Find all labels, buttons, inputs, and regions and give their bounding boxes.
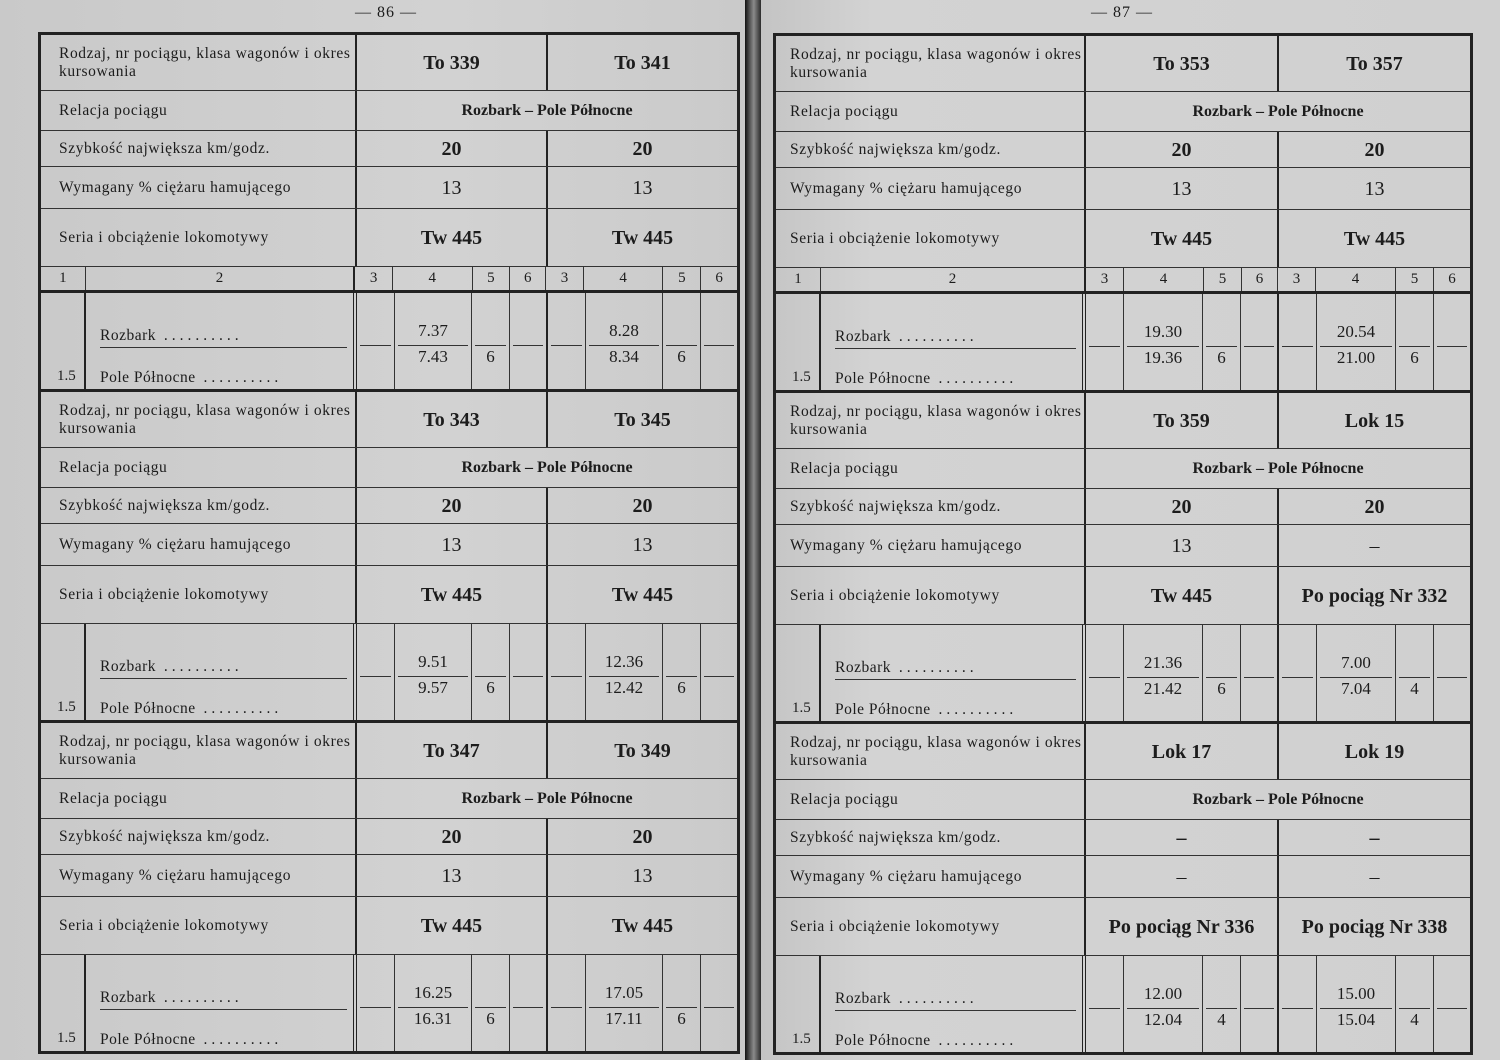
locomotive-row: Seria i obciążenie lokomotywyTw 445Tw 44… bbox=[776, 210, 1470, 268]
arrival-time: 17.05 bbox=[586, 983, 662, 1003]
distance-km: 1.5 bbox=[57, 368, 76, 385]
train-number-value: Lok 19 bbox=[1279, 724, 1470, 779]
column-number: 3 bbox=[1278, 268, 1316, 291]
train-number-values: To 339To 341 bbox=[357, 35, 737, 90]
book-spread: — 86 — Rodzaj, nr pociągu, klasa wagonów… bbox=[0, 0, 1500, 1060]
column-numbers-row: 1234563456 bbox=[41, 267, 737, 293]
train-number-values: To 347To 349 bbox=[357, 723, 737, 778]
column-number: 4 bbox=[393, 267, 473, 290]
locomotive-label: Seria i obciążenie lokomotywy bbox=[41, 566, 357, 623]
locomotive-label: Seria i obciążenie lokomotywy bbox=[776, 898, 1086, 955]
distance-cell: 1.5 bbox=[776, 625, 821, 721]
column-number: 5 bbox=[663, 267, 701, 290]
column-number: 6 bbox=[701, 267, 737, 290]
arrival-time: 16.25 bbox=[395, 983, 471, 1003]
leader-dots: .......... bbox=[891, 659, 978, 676]
locomotive-value: Tw 445 bbox=[357, 566, 548, 623]
col5-value: 6 bbox=[663, 1009, 700, 1029]
locomotive-value: Tw 445 bbox=[1279, 210, 1470, 267]
locomotive-label: Seria i obciążenie lokomotywy bbox=[41, 209, 357, 266]
max-speed-value: – bbox=[1279, 820, 1470, 855]
brake-percent-values: 1313 bbox=[1086, 168, 1470, 209]
leader-dots: .......... bbox=[196, 700, 283, 717]
col5-value: 4 bbox=[1396, 1010, 1433, 1030]
locomotive-values: Tw 445Tw 445 bbox=[357, 566, 737, 623]
column-number: 4 bbox=[1124, 268, 1204, 291]
stations-cell: Rozbark ..........Pole Północne ........… bbox=[86, 624, 357, 720]
relation-value: Rozbark – Pole Północne bbox=[1086, 449, 1470, 488]
col5-value: 6 bbox=[663, 347, 700, 367]
train-times: 9.519.576 bbox=[357, 624, 548, 720]
page-86: — 86 — Rodzaj, nr pociągu, klasa wagonów… bbox=[0, 0, 745, 1060]
time-col bbox=[357, 955, 395, 1051]
col5-value: 6 bbox=[1203, 679, 1240, 699]
train-times: 21.3621.426 bbox=[1086, 625, 1279, 721]
leader-dots: .......... bbox=[196, 369, 283, 386]
station-from-name: Rozbark bbox=[100, 658, 156, 675]
divider bbox=[475, 676, 506, 677]
max-speed-values: 2020 bbox=[1086, 489, 1470, 524]
relation-value: Rozbark – Pole Północne bbox=[1086, 780, 1470, 819]
leader-dots: .......... bbox=[891, 990, 978, 1007]
divider bbox=[360, 676, 391, 677]
times-row: 1.5Rozbark ..........Pole Północne .....… bbox=[41, 955, 737, 1051]
locomotive-value: Tw 445 bbox=[548, 209, 737, 266]
brake-percent-value: 13 bbox=[1086, 525, 1279, 566]
station-to: Pole Północne .......... bbox=[100, 1031, 347, 1049]
station-to: Pole Północne .......... bbox=[100, 700, 347, 718]
station-to-name: Pole Północne bbox=[835, 1032, 931, 1049]
time-col bbox=[1279, 625, 1317, 721]
train-number-label: Rodzaj, nr pociągu, klasa wagonów i okre… bbox=[776, 36, 1086, 91]
col5-value: 6 bbox=[1396, 348, 1433, 368]
divider bbox=[1399, 346, 1430, 347]
max-speed-value: – bbox=[1086, 820, 1279, 855]
distance-km: 1.5 bbox=[57, 1030, 76, 1047]
brake-percent-label: Wymagany % ciężaru hamującego bbox=[41, 167, 357, 208]
brake-percent-value: – bbox=[1086, 856, 1279, 897]
divider bbox=[1399, 677, 1430, 678]
column-number: 5 bbox=[1204, 268, 1242, 291]
locomotive-value: Po pociąg Nr 332 bbox=[1279, 567, 1470, 624]
brake-percent-values: 1313 bbox=[357, 524, 737, 565]
relation-label: Relacja pociągu bbox=[776, 780, 1086, 819]
max-speed-value: 20 bbox=[1086, 132, 1279, 167]
divider bbox=[360, 1007, 391, 1008]
train-number-row: Rodzaj, nr pociągu, klasa wagonów i okre… bbox=[41, 35, 737, 91]
divider bbox=[1244, 1008, 1274, 1009]
brake-percent-row: Wymagany % ciężaru hamującego13– bbox=[776, 525, 1470, 567]
divider bbox=[589, 345, 659, 346]
arrival-time: 9.51 bbox=[395, 652, 471, 672]
times-row: 1.5Rozbark ..........Pole Północne .....… bbox=[776, 294, 1470, 390]
brake-percent-values: 1313 bbox=[357, 167, 737, 208]
divider bbox=[666, 1007, 697, 1008]
column-number: 5 bbox=[473, 267, 511, 290]
train-number-value: Lok 15 bbox=[1279, 393, 1470, 448]
time-col bbox=[548, 293, 586, 389]
column-number: 4 bbox=[584, 267, 664, 290]
train-number-row: Rodzaj, nr pociągu, klasa wagonów i okre… bbox=[41, 392, 737, 448]
departure-time: 17.11 bbox=[586, 1009, 662, 1029]
time-col: 4 bbox=[1396, 956, 1434, 1052]
brake-percent-label: Wymagany % ciężaru hamującego bbox=[776, 856, 1086, 897]
time-col: 16.2516.31 bbox=[395, 955, 472, 1051]
locomotive-value: Tw 445 bbox=[548, 897, 737, 954]
divider bbox=[551, 345, 582, 346]
departure-time: 15.04 bbox=[1317, 1010, 1395, 1030]
page-number: — 87 — bbox=[1091, 4, 1153, 22]
stations-cell: Rozbark ..........Pole Północne ........… bbox=[86, 293, 357, 389]
max-speed-values: 2020 bbox=[357, 819, 737, 854]
divider bbox=[1437, 1008, 1467, 1009]
brake-percent-value: 13 bbox=[357, 167, 548, 208]
divider bbox=[398, 1007, 468, 1008]
station-to-name: Pole Północne bbox=[835, 701, 931, 718]
time-col: 6 bbox=[663, 624, 701, 720]
relation-value: Rozbark – Pole Północne bbox=[357, 448, 737, 487]
departure-time: 8.34 bbox=[586, 347, 662, 367]
column-number: 4 bbox=[1316, 268, 1396, 291]
relation-row: Relacja pociąguRozbark – Pole Północne bbox=[41, 448, 737, 488]
time-col: 4 bbox=[1203, 956, 1241, 1052]
max-speed-row: Szybkość największa km/godz.2020 bbox=[41, 819, 737, 855]
time-col: 4 bbox=[1396, 625, 1434, 721]
time-col: 20.5421.00 bbox=[1317, 294, 1396, 390]
leader-dots: .......... bbox=[931, 1032, 1018, 1049]
column-number: 3 bbox=[1086, 268, 1124, 291]
timetable: Rodzaj, nr pociągu, klasa wagonów i okre… bbox=[773, 33, 1473, 1055]
relation-label: Relacja pociągu bbox=[41, 779, 357, 818]
train-times: 7.007.044 bbox=[1279, 625, 1470, 721]
station-from: Rozbark .......... bbox=[100, 327, 347, 348]
divider bbox=[589, 1007, 659, 1008]
leader-dots: .......... bbox=[196, 1031, 283, 1048]
col5-value: 4 bbox=[1396, 679, 1433, 699]
max-speed-row: Szybkość największa km/godz.2020 bbox=[41, 131, 737, 167]
time-col: 7.377.43 bbox=[395, 293, 472, 389]
departure-time: 12.04 bbox=[1124, 1010, 1202, 1030]
train-number-value: To 345 bbox=[548, 392, 737, 447]
departure-time: 21.00 bbox=[1317, 348, 1395, 368]
train-number-value: To 353 bbox=[1086, 36, 1279, 91]
locomotive-value: Po pociąg Nr 336 bbox=[1086, 898, 1279, 955]
locomotive-value: Po pociąg Nr 338 bbox=[1279, 898, 1470, 955]
station-from: Rozbark .......... bbox=[100, 989, 347, 1010]
stations-cell: Rozbark ..........Pole Północne ........… bbox=[821, 625, 1086, 721]
arrival-time: 20.54 bbox=[1317, 322, 1395, 342]
leader-dots: .......... bbox=[156, 327, 243, 344]
station-from: Rozbark .......... bbox=[100, 658, 347, 679]
col5-value: 6 bbox=[472, 678, 509, 698]
divider bbox=[1089, 677, 1120, 678]
brake-percent-label: Wymagany % ciężaru hamującego bbox=[41, 524, 357, 565]
divider bbox=[1089, 1008, 1120, 1009]
leader-dots: .......... bbox=[931, 701, 1018, 718]
max-speed-value: 20 bbox=[1279, 132, 1470, 167]
train-number-values: Lok 17Lok 19 bbox=[1086, 724, 1470, 779]
relation-values: Rozbark – Pole Północne bbox=[1086, 449, 1470, 488]
departure-time: 21.42 bbox=[1124, 679, 1202, 699]
max-speed-values: 2020 bbox=[357, 488, 737, 523]
time-col: 8.288.34 bbox=[586, 293, 663, 389]
locomotive-values: Tw 445Po pociąg Nr 332 bbox=[1086, 567, 1470, 624]
divider bbox=[1282, 677, 1313, 678]
arrival-time: 21.36 bbox=[1124, 653, 1202, 673]
max-speed-row: Szybkość największa km/godz.2020 bbox=[776, 489, 1470, 525]
relation-value: Rozbark – Pole Północne bbox=[357, 779, 737, 818]
station-to-name: Pole Północne bbox=[100, 1031, 196, 1048]
time-col bbox=[357, 624, 395, 720]
distance-cell: 1.5 bbox=[41, 293, 86, 389]
divider bbox=[704, 345, 734, 346]
col5-value: 6 bbox=[472, 1009, 509, 1029]
divider bbox=[1127, 677, 1199, 678]
time-col: 6 bbox=[1203, 294, 1241, 390]
leader-dots: .......... bbox=[156, 658, 243, 675]
departure-time: 16.31 bbox=[395, 1009, 471, 1029]
divider bbox=[360, 345, 391, 346]
col5-value: 4 bbox=[1203, 1010, 1240, 1030]
time-col bbox=[1241, 625, 1277, 721]
divider bbox=[1244, 346, 1274, 347]
timetable: Rodzaj, nr pociągu, klasa wagonów i okre… bbox=[38, 32, 740, 1054]
locomotive-values: Tw 445Tw 445 bbox=[357, 209, 737, 266]
max-speed-label: Szybkość największa km/godz. bbox=[776, 489, 1086, 524]
locomotive-row: Seria i obciążenie lokomotywyTw 445Po po… bbox=[776, 567, 1470, 625]
brake-percent-values: 13– bbox=[1086, 525, 1470, 566]
divider bbox=[1206, 1008, 1237, 1009]
stations-cell: Rozbark ..........Pole Północne ........… bbox=[821, 956, 1086, 1052]
divider bbox=[1320, 346, 1392, 347]
departure-time: 19.36 bbox=[1124, 348, 1202, 368]
train-number-row: Rodzaj, nr pociągu, klasa wagonów i okre… bbox=[776, 724, 1470, 780]
locomotive-values: Tw 445Tw 445 bbox=[357, 897, 737, 954]
distance-km: 1.5 bbox=[792, 700, 811, 717]
time-col: 6 bbox=[472, 293, 510, 389]
max-speed-row: Szybkość największa km/godz.2020 bbox=[776, 132, 1470, 168]
train-number-label: Rodzaj, nr pociągu, klasa wagonów i okre… bbox=[776, 393, 1086, 448]
relation-values: Rozbark – Pole Północne bbox=[357, 448, 737, 487]
column-number: 2 bbox=[86, 267, 355, 290]
brake-percent-value: 13 bbox=[548, 524, 737, 565]
departure-time: 9.57 bbox=[395, 678, 471, 698]
train-number-row: Rodzaj, nr pociągu, klasa wagonów i okre… bbox=[41, 723, 737, 779]
times-row: 1.5Rozbark ..........Pole Północne .....… bbox=[41, 624, 737, 720]
station-from: Rozbark .......... bbox=[835, 328, 1076, 349]
time-col bbox=[1279, 294, 1317, 390]
time-col: 12.0012.04 bbox=[1124, 956, 1203, 1052]
leader-dots: .......... bbox=[931, 370, 1018, 387]
relation-row: Relacja pociąguRozbark – Pole Północne bbox=[776, 449, 1470, 489]
times-row: 1.5Rozbark ..........Pole Północne .....… bbox=[41, 293, 737, 389]
brake-percent-value: 13 bbox=[357, 524, 548, 565]
page-87: — 87 — Rodzaj, nr pociągu, klasa wagonów… bbox=[761, 0, 1500, 1060]
column-number: 3 bbox=[546, 267, 584, 290]
col5-value: 6 bbox=[1203, 348, 1240, 368]
time-col: 21.3621.42 bbox=[1124, 625, 1203, 721]
train-number-value: To 343 bbox=[357, 392, 548, 447]
times-row: 1.5Rozbark ..........Pole Północne .....… bbox=[776, 625, 1470, 721]
divider bbox=[475, 345, 506, 346]
max-speed-label: Szybkość największa km/godz. bbox=[41, 131, 357, 166]
distance-cell: 1.5 bbox=[776, 956, 821, 1052]
time-col: 6 bbox=[1203, 625, 1241, 721]
leader-dots: .......... bbox=[891, 328, 978, 345]
relation-label: Relacja pociągu bbox=[776, 92, 1086, 131]
train-number-values: To 343To 345 bbox=[357, 392, 737, 447]
time-col bbox=[1279, 956, 1317, 1052]
locomotive-value: Tw 445 bbox=[357, 209, 548, 266]
locomotive-label: Seria i obciążenie lokomotywy bbox=[41, 897, 357, 954]
page-number: — 86 — bbox=[355, 4, 417, 22]
max-speed-value: 20 bbox=[548, 131, 737, 166]
relation-values: Rozbark – Pole Północne bbox=[1086, 780, 1470, 819]
brake-percent-value: 13 bbox=[1086, 168, 1279, 209]
column-number: 2 bbox=[821, 268, 1086, 291]
divider bbox=[1244, 677, 1274, 678]
locomotive-row: Seria i obciążenie lokomotywyTw 445Tw 44… bbox=[41, 566, 737, 624]
time-col bbox=[701, 624, 737, 720]
station-from-name: Rozbark bbox=[100, 989, 156, 1006]
relation-values: Rozbark – Pole Północne bbox=[1086, 92, 1470, 131]
divider bbox=[551, 1007, 582, 1008]
train-block: Rodzaj, nr pociągu, klasa wagonów i okre… bbox=[41, 35, 737, 392]
train-block: Rodzaj, nr pociągu, klasa wagonów i okre… bbox=[41, 723, 737, 1051]
locomotive-value: Tw 445 bbox=[1086, 567, 1279, 624]
time-col bbox=[357, 293, 395, 389]
col5-value: 6 bbox=[472, 347, 509, 367]
time-col bbox=[701, 955, 737, 1051]
departure-time: 7.04 bbox=[1317, 679, 1395, 699]
arrival-time: 19.30 bbox=[1124, 322, 1202, 342]
column-number: 1 bbox=[41, 267, 86, 290]
time-col bbox=[1241, 956, 1277, 1052]
divider bbox=[513, 345, 543, 346]
train-number-value: To 349 bbox=[548, 723, 737, 778]
time-col: 6 bbox=[472, 955, 510, 1051]
brake-percent-label: Wymagany % ciężaru hamującego bbox=[776, 525, 1086, 566]
divider bbox=[475, 1007, 506, 1008]
train-number-value: To 347 bbox=[357, 723, 548, 778]
column-numbers-row: 1234563456 bbox=[776, 268, 1470, 294]
brake-percent-value: – bbox=[1279, 856, 1470, 897]
max-speed-value: 20 bbox=[357, 819, 548, 854]
divider bbox=[1320, 677, 1392, 678]
relation-label: Relacja pociągu bbox=[41, 448, 357, 487]
time-col: 6 bbox=[472, 624, 510, 720]
brake-percent-row: Wymagany % ciężaru hamującego–– bbox=[776, 856, 1470, 898]
train-block: Rodzaj, nr pociągu, klasa wagonów i okre… bbox=[776, 724, 1470, 1052]
arrival-time: 12.36 bbox=[586, 652, 662, 672]
time-col: 6 bbox=[663, 293, 701, 389]
locomotive-values: Po pociąg Nr 336Po pociąg Nr 338 bbox=[1086, 898, 1470, 955]
station-to-name: Pole Północne bbox=[835, 370, 931, 387]
divider bbox=[666, 676, 697, 677]
time-col bbox=[548, 624, 586, 720]
brake-percent-values: –– bbox=[1086, 856, 1470, 897]
time-col: 12.3612.42 bbox=[586, 624, 663, 720]
station-from-name: Rozbark bbox=[835, 328, 891, 345]
column-number: 6 bbox=[510, 267, 546, 290]
train-times: 8.288.346 bbox=[548, 293, 737, 389]
locomotive-value: Tw 445 bbox=[548, 566, 737, 623]
train-number-label: Rodzaj, nr pociągu, klasa wagonów i okre… bbox=[776, 724, 1086, 779]
relation-label: Relacja pociągu bbox=[776, 449, 1086, 488]
divider bbox=[1089, 346, 1120, 347]
locomotive-value: Tw 445 bbox=[1086, 210, 1279, 267]
train-times: 17.0517.116 bbox=[548, 955, 737, 1051]
divider bbox=[398, 345, 468, 346]
relation-value: Rozbark – Pole Północne bbox=[357, 91, 737, 130]
divider bbox=[1437, 677, 1467, 678]
column-number: 3 bbox=[355, 267, 393, 290]
max-speed-row: Szybkość największa km/godz.–– bbox=[776, 820, 1470, 856]
distance-km: 1.5 bbox=[792, 369, 811, 386]
column-number: 5 bbox=[1396, 268, 1434, 291]
divider bbox=[666, 345, 697, 346]
divider bbox=[551, 676, 582, 677]
train-number-values: To 353To 357 bbox=[1086, 36, 1470, 91]
distance-km: 1.5 bbox=[792, 1031, 811, 1048]
max-speed-values: –– bbox=[1086, 820, 1470, 855]
locomotive-label: Seria i obciążenie lokomotywy bbox=[776, 210, 1086, 267]
train-block: Rodzaj, nr pociągu, klasa wagonów i okre… bbox=[41, 392, 737, 723]
times-row: 1.5Rozbark ..........Pole Północne .....… bbox=[776, 956, 1470, 1052]
distance-km: 1.5 bbox=[57, 699, 76, 716]
max-speed-row: Szybkość największa km/godz.2020 bbox=[41, 488, 737, 524]
locomotive-row: Seria i obciążenie lokomotywyPo pociąg N… bbox=[776, 898, 1470, 956]
train-times: 19.3019.366 bbox=[1086, 294, 1279, 390]
max-speed-value: 20 bbox=[1086, 489, 1279, 524]
relation-row: Relacja pociąguRozbark – Pole Północne bbox=[41, 91, 737, 131]
time-col bbox=[1434, 294, 1470, 390]
departure-time: 7.43 bbox=[395, 347, 471, 367]
train-number-value: Lok 17 bbox=[1086, 724, 1279, 779]
brake-percent-value: 13 bbox=[548, 855, 737, 896]
time-col bbox=[510, 293, 546, 389]
time-col bbox=[548, 955, 586, 1051]
divider bbox=[1127, 346, 1199, 347]
max-speed-label: Szybkość największa km/godz. bbox=[776, 132, 1086, 167]
brake-percent-label: Wymagany % ciężaru hamującego bbox=[776, 168, 1086, 209]
station-to-name: Pole Północne bbox=[100, 700, 196, 717]
arrival-time: 8.28 bbox=[586, 321, 662, 341]
divider bbox=[513, 676, 543, 677]
station-from-name: Rozbark bbox=[835, 659, 891, 676]
train-times: 12.0012.044 bbox=[1086, 956, 1279, 1052]
time-col bbox=[1434, 956, 1470, 1052]
time-col bbox=[510, 955, 546, 1051]
divider bbox=[398, 676, 468, 677]
arrival-time: 15.00 bbox=[1317, 984, 1395, 1004]
train-times: 20.5421.006 bbox=[1279, 294, 1470, 390]
divider bbox=[1399, 1008, 1430, 1009]
time-col: 6 bbox=[1396, 294, 1434, 390]
locomotive-row: Seria i obciążenie lokomotywyTw 445Tw 44… bbox=[41, 897, 737, 955]
train-times: 15.0015.044 bbox=[1279, 956, 1470, 1052]
col5-value: 6 bbox=[663, 678, 700, 698]
train-block: Rodzaj, nr pociągu, klasa wagonów i okre… bbox=[776, 393, 1470, 724]
train-times: 7.377.436 bbox=[357, 293, 548, 389]
divider bbox=[1127, 1008, 1199, 1009]
train-number-label: Rodzaj, nr pociągu, klasa wagonów i okre… bbox=[41, 723, 357, 778]
locomotive-value: Tw 445 bbox=[357, 897, 548, 954]
train-number-value: To 357 bbox=[1279, 36, 1470, 91]
train-number-value: To 339 bbox=[357, 35, 548, 90]
divider bbox=[1282, 346, 1313, 347]
distance-cell: 1.5 bbox=[41, 955, 86, 1051]
